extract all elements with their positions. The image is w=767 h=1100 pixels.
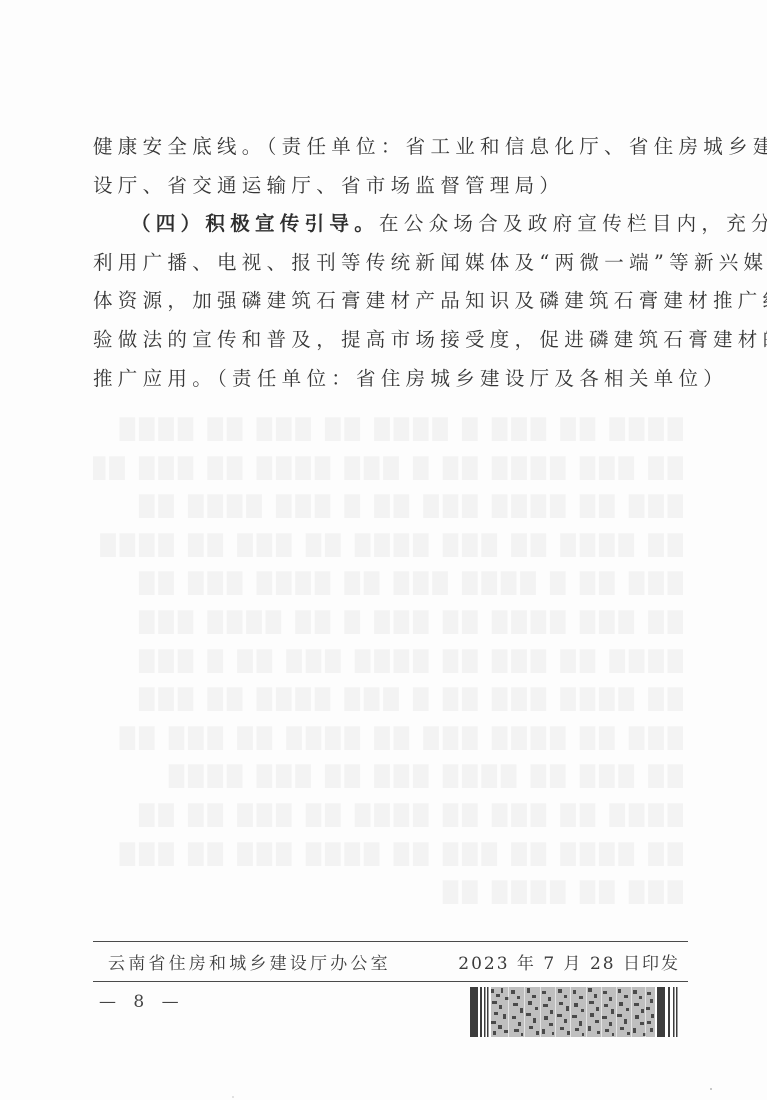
section-four-first-line: （四）积极宣传引导。在公众场合及政府宣传栏目内，充分 [93, 208, 683, 247]
section-four-heading: （四）积极宣传引导。 [131, 212, 379, 235]
page-number: — 8 — [99, 992, 185, 1012]
issuing-office: 云南省住房和城乡建设厅办公室 [108, 949, 391, 974]
document-body: 健康安全底线。（责任单位：省工业和信息化厅、省住房城乡建 设厅、省交通运输厅、省… [93, 131, 683, 401]
imprint-block: 云南省住房和城乡建设厅办公室 2023 年 7 月 28 日印发 [108, 947, 680, 975]
imprint-top-rule [93, 941, 688, 942]
section-four-line: 体资源，加强磷建筑石膏建材产品知识及磷建筑石膏建材推广经 [93, 285, 683, 324]
section-four-text: 在公众场合及政府宣传栏目内，充分 [379, 212, 767, 235]
body-line: 健康安全底线。（责任单位：省工业和信息化厅、省住房城乡建 [93, 131, 683, 170]
section-four-line: 验做法的宣传和普及，提高市场接受度，促进磷建筑石膏建材的 [93, 324, 683, 363]
reverse-side-bleed-through: ████ ██ ███ █ ████ ██ ███ ██ ████ ██ ███… [93, 410, 683, 930]
scan-speck [232, 1096, 234, 1098]
section-four-line: 利用广播、电视、报刊等传统新闻媒体及“两微一端”等新兴媒 [93, 247, 683, 286]
body-line: 设厅、省交通运输厅、省市场监督管理局） [93, 170, 683, 209]
document-page: ████ ██ ███ █ ████ ██ ███ ██ ████ ██ ███… [0, 0, 767, 1100]
pdf417-barcode-icon [470, 987, 678, 1037]
print-date: 2023 年 7 月 28 日印发 [458, 949, 680, 974]
scan-speck [710, 1088, 712, 1090]
imprint-bottom-rule [93, 981, 688, 982]
section-four-line: 推广应用。（责任单位：省住房城乡建设厅及各相关单位） [93, 363, 683, 402]
